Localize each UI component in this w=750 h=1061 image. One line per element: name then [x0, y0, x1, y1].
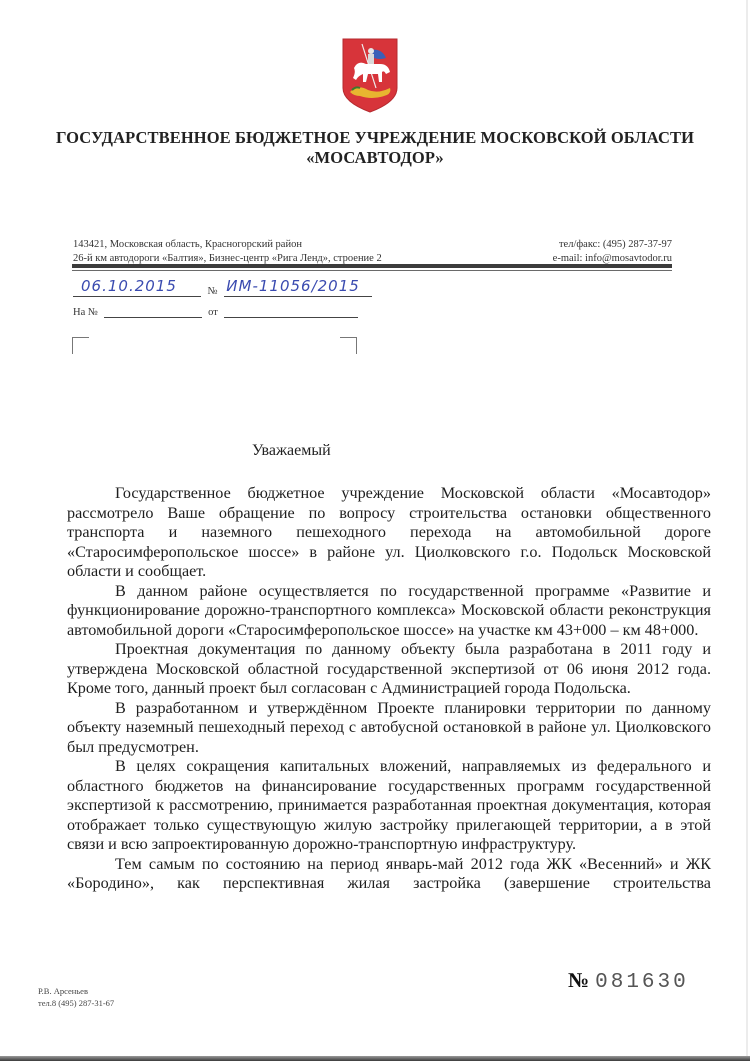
coat-of-arms-icon [340, 36, 400, 114]
reply-to-number-field [104, 306, 202, 318]
header-divider-thick [72, 264, 672, 268]
executor-name: Р.В. Арсеньев [38, 985, 114, 997]
reply-to-date-field [224, 306, 358, 318]
scan-edge-bottom [0, 1056, 750, 1061]
address-window-corner-right [340, 337, 357, 354]
header-divider-thin [72, 270, 672, 271]
executor-block: Р.В. Арсеньев тел.8 (495) 287-31-67 [38, 985, 114, 1009]
reply-to-label: На № [73, 307, 98, 318]
paragraph: Проектная документация по данному объект… [67, 640, 711, 699]
address-block: 143421, Московская область, Красногорски… [73, 238, 382, 266]
paragraph: В разработанном и утверждённом Проекте п… [67, 699, 711, 758]
outgoing-date: 06.10.2015 [81, 277, 177, 295]
outgoing-number: ИМ-11056/2015 [226, 277, 360, 295]
contact-block: тел/факс: (495) 287-37-97 e-mail: info@m… [553, 238, 672, 266]
reply-reference-row: На № от [73, 306, 358, 318]
paragraph: Государственное бюджетное учреждение Мос… [67, 484, 711, 582]
organization-title: ГОСУДАРСТВЕННОЕ БЮДЖЕТНОЕ УЧРЕЖДЕНИЕ МОС… [30, 128, 720, 168]
paragraph: В целях сокращения капитальных вложений,… [67, 757, 711, 855]
from-label: от [208, 307, 218, 318]
outgoing-registration-row: 06.10.2015 № ИМ-11056/2015 [73, 280, 372, 297]
letter-page: ГОСУДАРСТВЕННОЕ БЮДЖЕТНОЕ УЧРЕЖДЕНИЕ МОС… [0, 0, 750, 1061]
address-window-corner-left [72, 337, 89, 354]
address-line1: 143421, Московская область, Красногорски… [73, 238, 382, 252]
phone-fax: тел/факс: (495) 287-37-97 [553, 238, 672, 252]
scan-edge-right [746, 0, 748, 1061]
organization-title-line1: ГОСУДАРСТВЕННОЕ БЮДЖЕТНОЕ УЧРЕЖДЕНИЕ МОС… [30, 128, 720, 148]
serial-number-sign: № [568, 968, 589, 992]
serial-number-value: 081630 [595, 971, 689, 994]
paragraph: В данном районе осуществляется по госуда… [67, 582, 711, 641]
salutation: Уважаемый [252, 442, 331, 460]
executor-phone: тел.8 (495) 287-31-67 [38, 997, 114, 1009]
letter-body: Государственное бюджетное учреждение Мос… [67, 484, 711, 894]
form-serial-number: №081630 [568, 968, 689, 994]
outgoing-number-field: ИМ-11056/2015 [224, 280, 372, 297]
outgoing-date-field: 06.10.2015 [73, 280, 201, 297]
organization-title-line2: «МОСАВТОДОР» [30, 148, 720, 168]
paragraph: Тем самым по состоянию на период январь-… [67, 855, 711, 894]
number-label: № [208, 286, 218, 297]
